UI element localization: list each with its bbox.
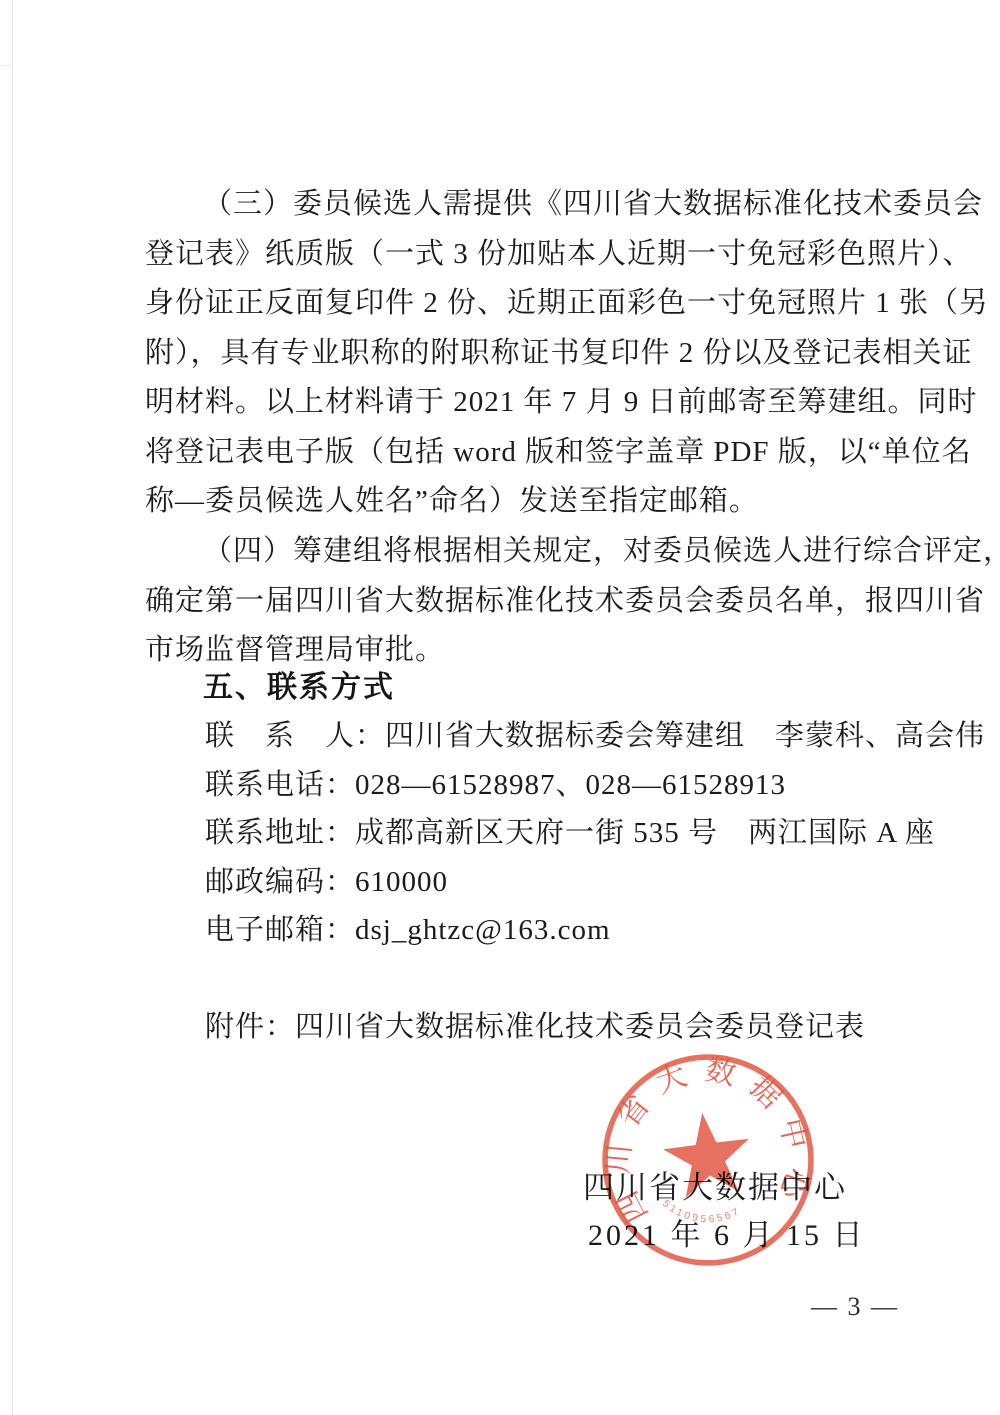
paragraph-line: （四）筹建组将根据相关规定，对委员候选人进行综合评定，	[145, 527, 935, 577]
scan-artifact-line	[12, 0, 13, 1415]
paragraph-line: 身份证正反面复印件 2 份、近期正面彩色一寸免冠照片 1 张（另	[145, 279, 935, 329]
page-number: — 3 —	[811, 1292, 899, 1322]
paragraph-line: 确定第一届四川省大数据标准化技术委员会委员名单，报四川省	[145, 577, 935, 627]
contact-value: 成都高新区天府一街 535 号 两江国际 A 座	[355, 817, 935, 849]
scan-artifact-line	[0, 65, 13, 66]
paragraph-line: （三）委员候选人需提供《四川省大数据标准化技术委员会	[145, 180, 935, 230]
paragraph-line: 将登记表电子版（包括 word 版和签字盖章 PDF 版，以“单位名	[145, 428, 935, 478]
section-heading-contact: 五、联系方式	[203, 668, 395, 708]
contact-value: dsj_ghtzc@163.com	[355, 914, 611, 946]
contact-row-postcode: 邮政编码：610000	[205, 858, 985, 907]
contact-row-person: 联 系 人：四川省大数据标委会筹建组 李蒙科、高会伟	[205, 712, 985, 761]
contact-label: 电子邮箱：	[205, 914, 355, 946]
official-seal: 四川省大数据中心 5110956567	[584, 1036, 831, 1283]
seal-star-icon	[659, 1108, 755, 1200]
contact-value: 四川省大数据标委会筹建组 李蒙科、高会伟	[385, 720, 985, 752]
paragraph-line: 登记表》纸质版（一式 3 份加贴本人近期一寸免冠彩色照片）、	[145, 230, 935, 280]
contact-label: 联系地址：	[205, 817, 355, 849]
contact-label: 联系电话：	[205, 769, 355, 801]
contact-row-email: 电子邮箱：dsj_ghtzc@163.com	[205, 906, 985, 955]
paragraph-line: 称—委员候选人姓名”命名）发送至指定邮箱。	[145, 477, 935, 527]
contact-list: 联 系 人：四川省大数据标委会筹建组 李蒙科、高会伟 联系电话：028—6152…	[205, 712, 985, 955]
contact-row-address: 联系地址：成都高新区天府一街 535 号 两江国际 A 座	[205, 809, 985, 858]
paragraph-item3: （三）委员候选人需提供《四川省大数据标准化技术委员会 登记表》纸质版（一式 3 …	[145, 180, 935, 527]
paragraph-line: 明材料。以上材料请于 2021 年 7 月 9 日前邮寄至筹建组。同时	[145, 378, 935, 428]
contact-value: 610000	[355, 866, 448, 898]
contact-label: 邮政编码：	[205, 866, 355, 898]
paragraph-item4: （四）筹建组将根据相关规定，对委员候选人进行综合评定， 确定第一届四川省大数据标…	[145, 527, 935, 676]
contact-row-phone: 联系电话：028—61528987、028—61528913	[205, 761, 985, 810]
paragraph-line: 附），具有专业职称的附职称证书复印件 2 份以及登记表相关证	[145, 329, 935, 379]
scanned-document-page: （三）委员候选人需提供《四川省大数据标准化技术委员会 登记表》纸质版（一式 3 …	[0, 0, 1000, 1415]
contact-label: 联 系 人：	[205, 720, 385, 752]
contact-value: 028—61528987、028—61528913	[355, 769, 786, 801]
seal-code: 5110956567	[659, 1189, 744, 1231]
